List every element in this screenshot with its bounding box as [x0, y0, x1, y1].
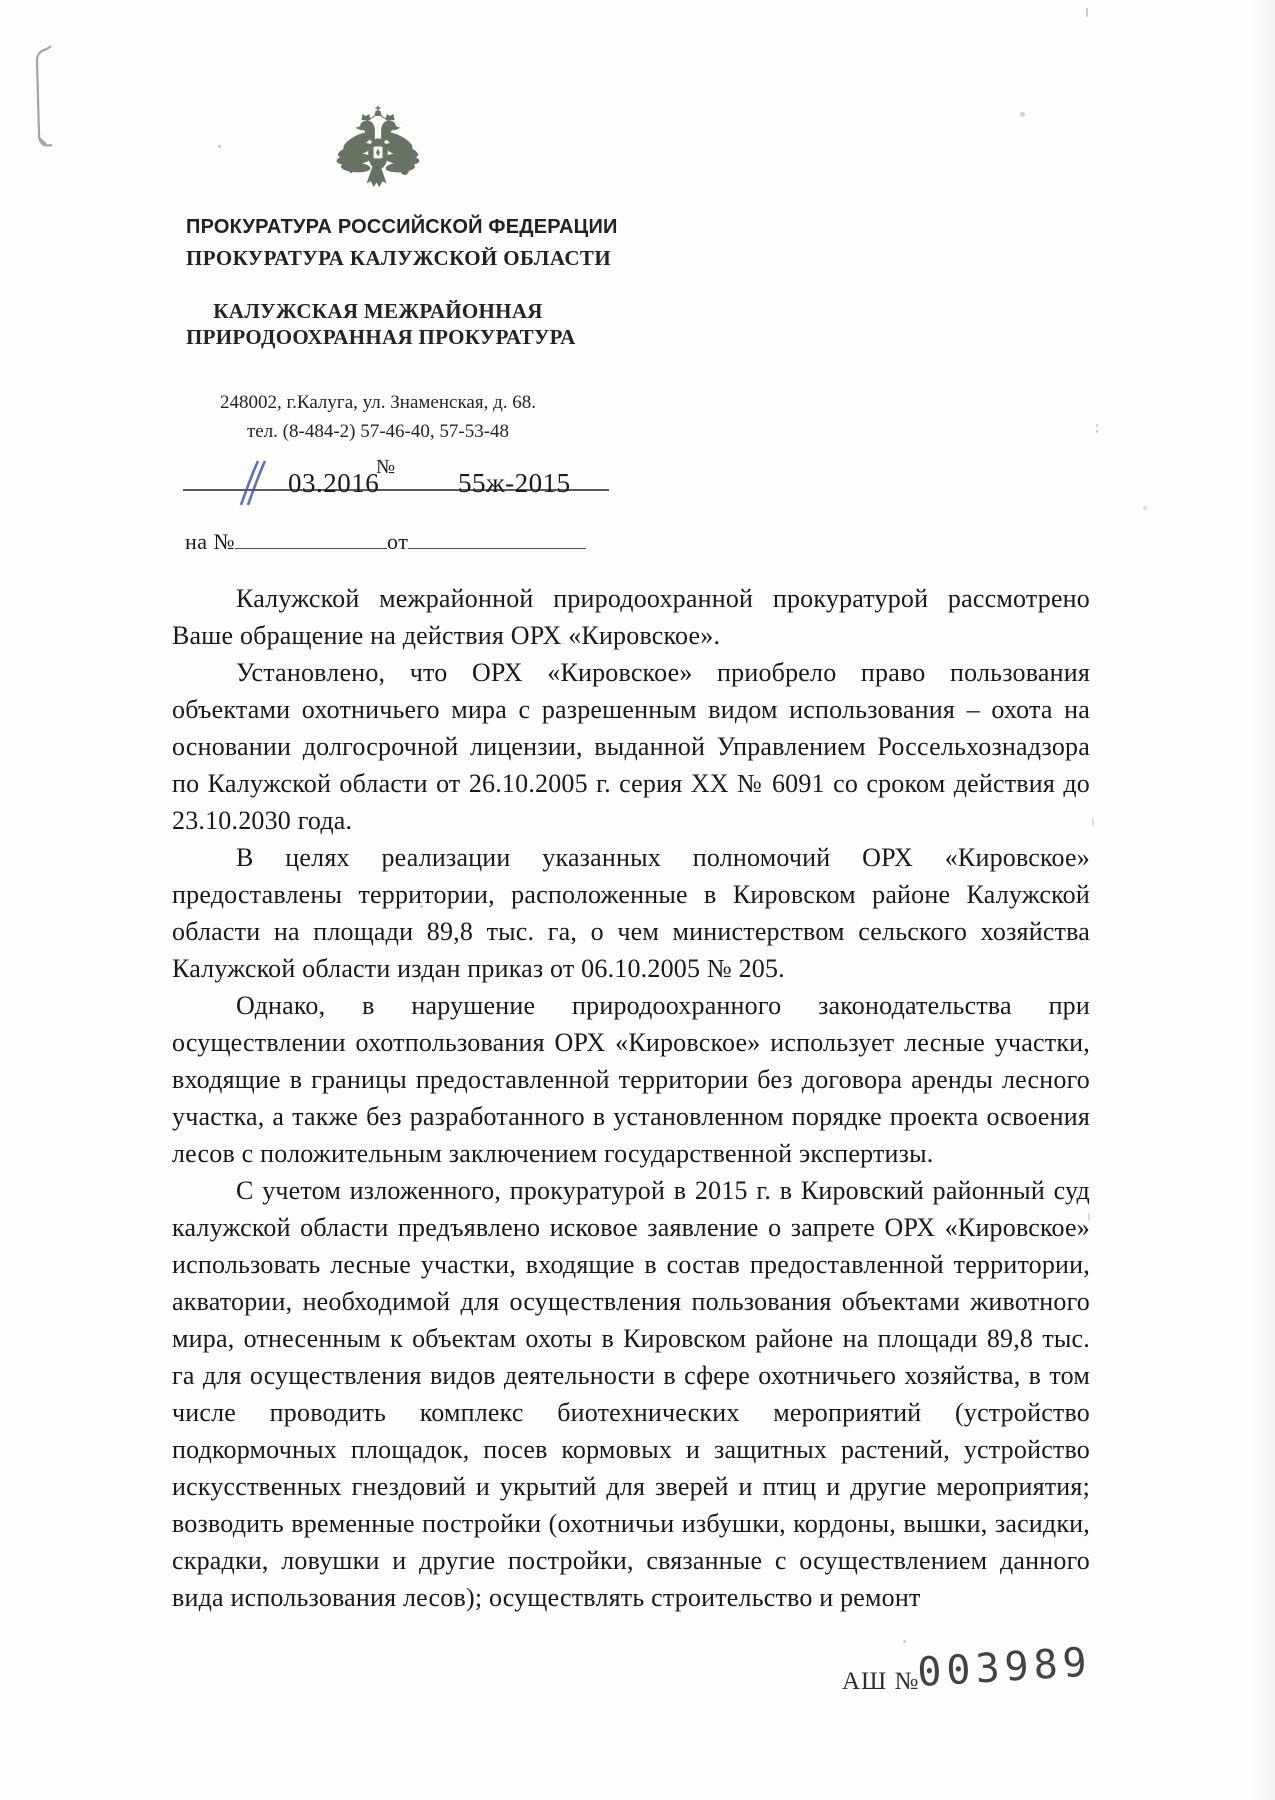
coat-of-arms-icon [186, 104, 570, 204]
handwritten-day-mark [235, 458, 269, 508]
reply-reference-row: на №от [185, 528, 586, 555]
scan-artifact [1143, 506, 1147, 510]
paragraph-1: Калужской межрайонной природоохранной пр… [172, 580, 1090, 654]
letter-body: Калужской межрайонной природоохранной пр… [172, 580, 1090, 1616]
letter-outgoing-number: 55ж-2015 [458, 468, 571, 499]
reply-from-label: от [387, 529, 408, 554]
scan-artifact [1020, 112, 1025, 117]
reply-to-label: на № [185, 529, 235, 554]
paragraph-5: С учетом изложенного, прокуратурой в 201… [172, 1172, 1090, 1616]
scan-artifact [1096, 430, 1098, 433]
reply-date-blank [408, 528, 586, 549]
office-name: КАЛУЖСКАЯ МЕЖРАЙОННАЯ ПРИРОДООХРАННАЯ ПР… [186, 298, 570, 350]
paragraph-4: Однако, в нарушение природоохранного зак… [172, 987, 1090, 1172]
letterhead: ПРОКУРАТУРА РОССИЙСКОЙ ФЕДЕРАЦИИ ПРОКУРА… [186, 104, 570, 443]
letter-date: 03.2016 [288, 468, 379, 499]
scan-artifact [903, 1640, 906, 1643]
reply-number-blank [235, 528, 387, 549]
reference-row: 03.2016 № 55ж-2015 [183, 458, 613, 508]
office-phone: тел. (8-484-2) 57-46-40, 57-53-48 [186, 421, 570, 443]
stamp-number: 003989 [916, 1639, 1093, 1696]
stamp-series-label: АШ № [842, 1668, 919, 1698]
scan-artifact [1092, 818, 1094, 826]
office-name-line2: ПРИРОДООХРАННАЯ ПРОКУРАТУРА [186, 324, 570, 350]
paragraph-2: Установлено, что ОРХ «Кировское» приобре… [172, 654, 1090, 839]
scan-artifact [1096, 424, 1098, 427]
org-name-region: ПРОКУРАТУРА КАЛУЖСКОЙ ОБЛАСТИ [186, 246, 570, 271]
office-address: 248002, г.Калуга, ул. Знаменская, д. 68. [186, 392, 570, 414]
paragraph-3: В целях реализации указанных полномочий … [172, 839, 1090, 987]
scan-artifact [1086, 8, 1088, 17]
scan-artifact-bracket [28, 44, 56, 156]
office-name-line1: КАЛУЖСКАЯ МЕЖРАЙОННАЯ [186, 298, 570, 324]
scanned-letter-page: ПРОКУРАТУРА РОССИЙСКОЙ ФЕДЕРАЦИИ ПРОКУРА… [0, 0, 1275, 1800]
number-sign: № [376, 456, 395, 479]
blank-serial-stamp: АШ № 003989 [842, 1652, 1094, 1698]
org-name-federation: ПРОКУРАТУРА РОССИЙСКОЙ ФЕДЕРАЦИИ [186, 216, 570, 239]
